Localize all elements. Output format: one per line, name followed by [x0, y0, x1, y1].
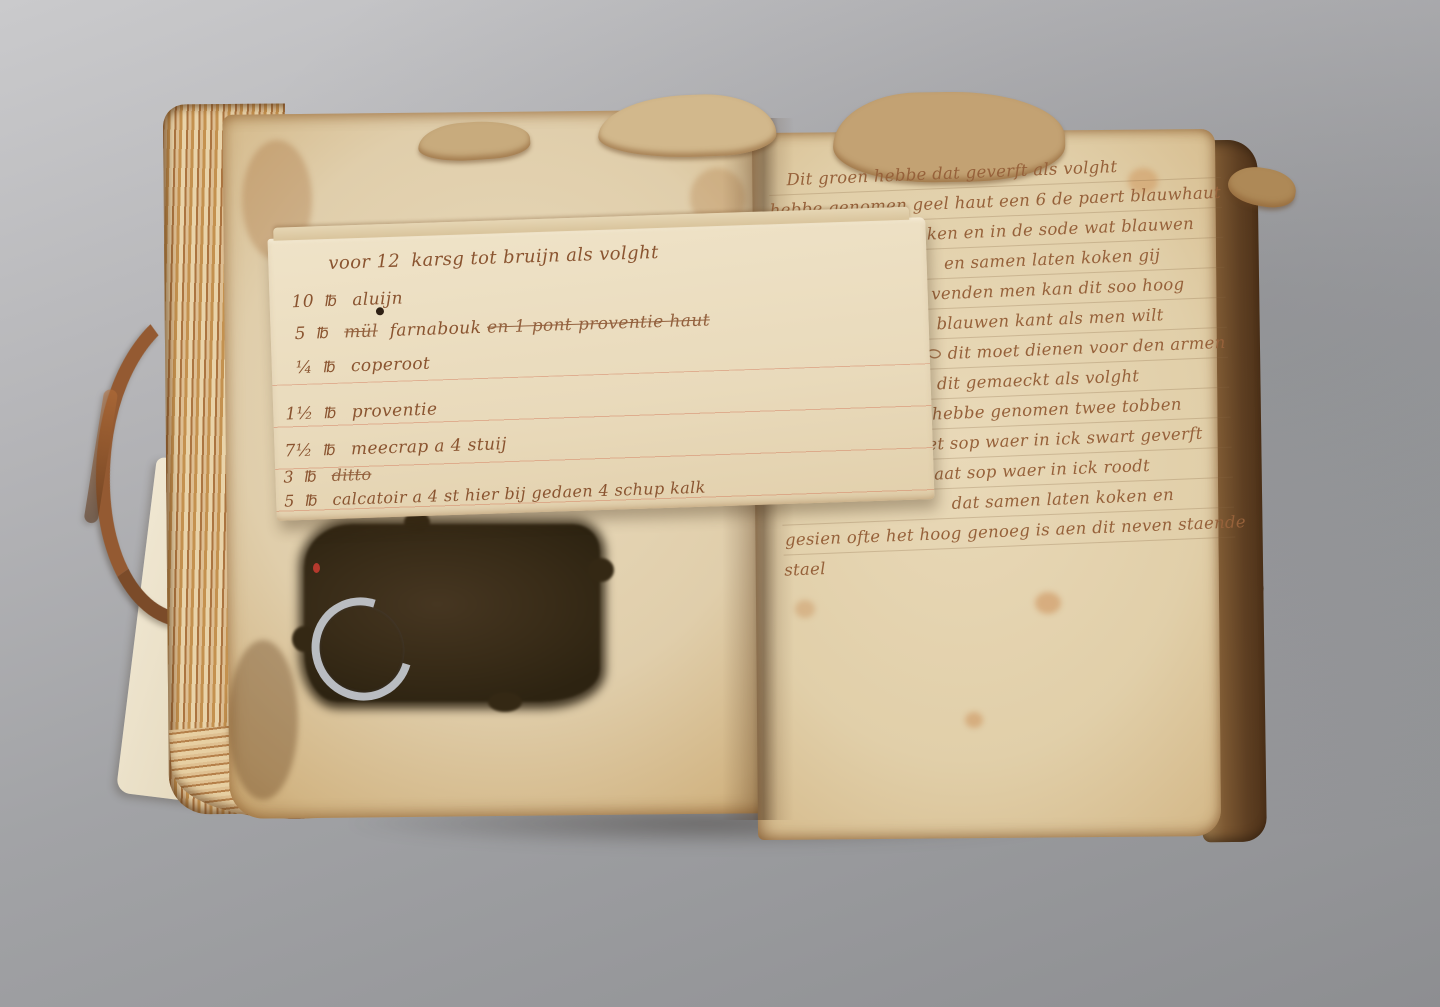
line-text: dat samen laten koken en: [951, 485, 1174, 513]
note-slip: voor 12 karsg tot bruijn als volght 10 ℔…: [268, 217, 935, 521]
handwritten-line: ¼ ℔ coperoot: [295, 354, 430, 378]
quantity: 10: [291, 291, 314, 312]
foxing-spot: [795, 600, 815, 618]
pound-symbol: ℔: [304, 467, 317, 485]
quantity: 5: [284, 491, 295, 510]
pound-symbol: ℔: [323, 358, 336, 376]
pound-symbol: ℔: [305, 491, 318, 509]
pound-symbol: ℔: [316, 324, 329, 342]
page-stain: [228, 640, 298, 800]
recipe-title: karsg tot bruijn als volght: [411, 242, 659, 271]
photo-stage: Dit groen hebbe dat geverft als volght h…: [0, 0, 1440, 1007]
line-text: stael: [784, 559, 826, 580]
handwritten-line: 3 ℔ ditto: [283, 464, 378, 486]
ingredient-text: farnabouk: [389, 318, 481, 341]
foxing-spot: [1035, 592, 1061, 614]
ingredient-text: coperoot: [351, 354, 431, 377]
line-text: dit moet dienen voor den armen: [947, 333, 1226, 363]
ingredient-text: proventie: [351, 399, 437, 422]
line-text: ken en in de sode wat blauwen: [926, 214, 1194, 244]
line-text: dit gemaeckt als volght: [936, 366, 1139, 393]
red-thread-dot: [313, 563, 320, 573]
line-text: et sop waer in ick swart geverft: [927, 424, 1203, 454]
line-text: vaat sop waer in ick roodt: [924, 456, 1150, 484]
line-text: venden men kan dit soo hoog: [931, 274, 1185, 303]
pound-symbol: ℔: [324, 404, 337, 422]
quantity: 7½: [284, 441, 313, 462]
pound-symbol: ℔: [325, 292, 338, 310]
handwritten-line: voor 12 karsg tot bruijn als volght: [328, 242, 659, 274]
struck-text: mül: [344, 321, 378, 342]
wool-tuft: [488, 692, 522, 712]
wool-tuft: [588, 558, 614, 582]
struck-text: ditto: [331, 465, 371, 485]
handwritten-line: 10 ℔ aluijn: [291, 289, 403, 313]
torn-paper-remnant: [597, 92, 777, 160]
quantity: 3: [283, 467, 294, 486]
foxing-spot: [965, 712, 983, 728]
quantity: 5: [294, 324, 306, 344]
line-text: hebbe genomen twee tobben: [932, 395, 1182, 424]
line-text: en samen laten koken gij: [944, 245, 1161, 273]
quantity: voor 12: [328, 251, 401, 274]
struck-text: en 1 pont proventie haut: [487, 310, 711, 337]
quantity: 1½: [285, 404, 314, 425]
handwritten-line: 5 ℔ mül farnabouk en 1 pont proventie ha…: [294, 310, 716, 344]
pound-symbol: ℔: [323, 441, 336, 459]
quantity: ¼: [295, 358, 313, 379]
line-text: blauwen kant als men wilt: [936, 305, 1164, 333]
ingredient-text: aluijn: [352, 289, 403, 311]
